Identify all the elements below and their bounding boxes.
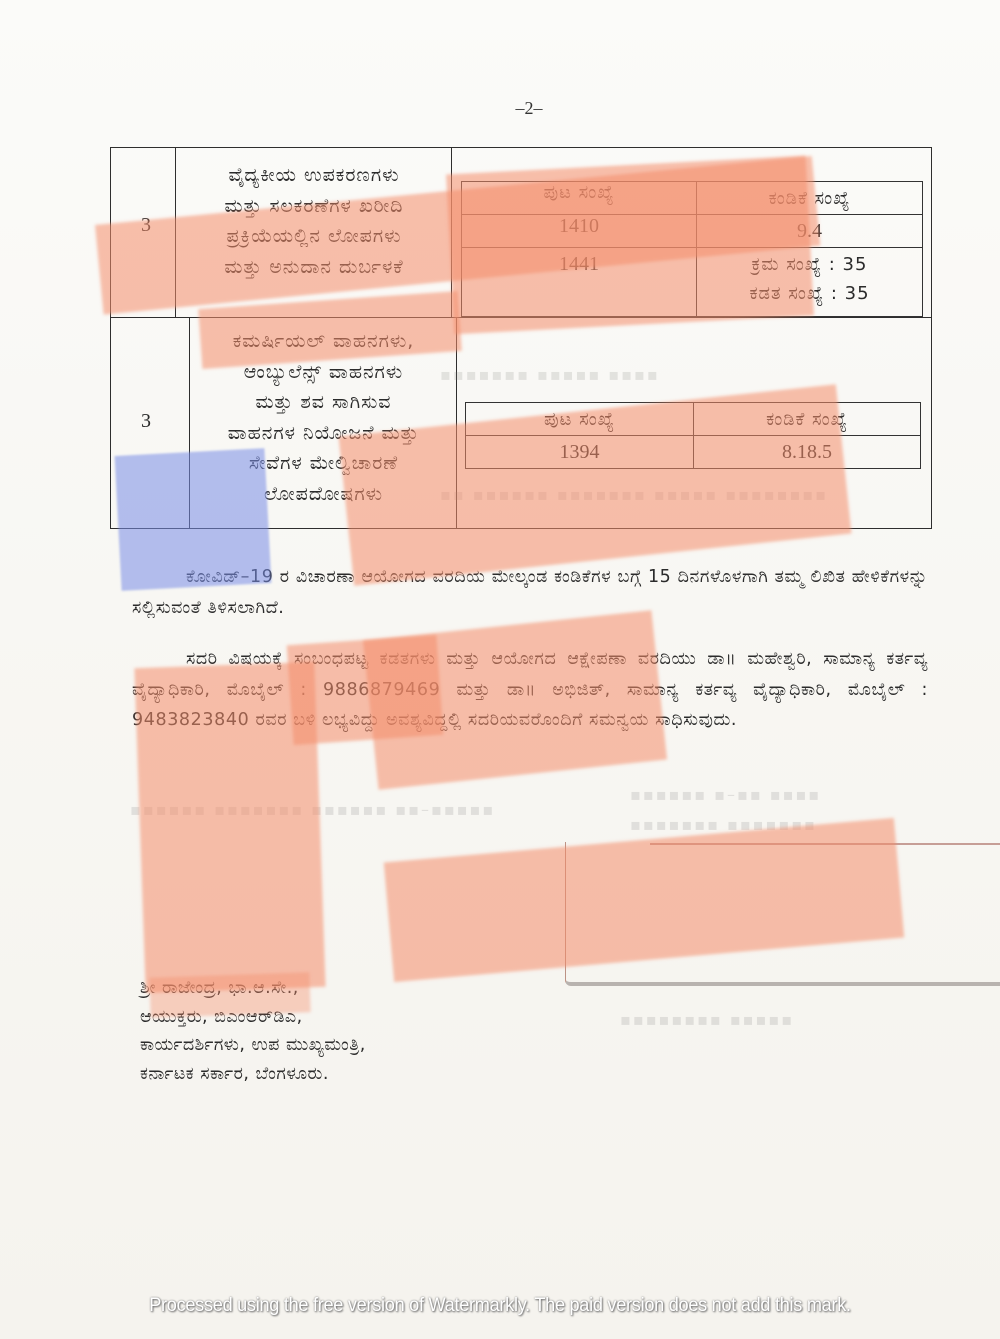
header-paragraph-number: ಕಂಡಿಕೆ ಸಂಖ್ಯೆ <box>694 403 921 436</box>
contact-paragraph: ಸದರಿ ವಿಷಯಕ್ಕೆ ಸಂಬಂಧಪಟ್ಟ ಕಡತಗಳು ಮತ್ತು ಆಯೋ… <box>132 644 928 736</box>
bleed-through-text: ▪▪▪▪▪▪ ▪–▪▪ ▪▪▪▪ <box>630 785 821 804</box>
subject-line: ಮತ್ತು ಅನುದಾನ ದುರ್ಬಳಕೆ <box>177 252 451 283</box>
bleed-through-text: ▪▪▪▪▪▪▪▪ ▪▪▪▪▪ <box>620 1010 794 1029</box>
paragraph-cell: 8.18.5 <box>694 436 921 469</box>
subject-line: ಆಂಬ್ಯುಲೆನ್ಸ್ ವಾಹನಗಳು <box>191 357 456 388</box>
column-divider <box>451 148 452 317</box>
statement-request-paragraph: ಕೋವಿಡ್–19 ರ ವಿಚಾರಣಾ ಆಯೋಗದ ವರದಿಯ ಮೇಲ್ಕಂಡ … <box>132 562 928 623</box>
bleed-through-text: ▪▪▪▪▪▪▪ ▪▪▪▪▪▪▪ <box>630 815 817 834</box>
bleed-through-text: ▪▪ ▪▪▪▪▪▪ ▪▪▪▪▪▪▪ ▪▪▪▪▪ ▪▪▪▪▪▪▪▪ <box>440 485 828 504</box>
reference-table: ಪುಟ ಸಂಖ್ಯೆ ಕಂಡಿಕೆ ಸಂಖ್ಯೆ 1410 9.4 1441 ಕ… <box>461 181 923 317</box>
serial-number: 3 <box>111 410 181 433</box>
paragraph-cell: ಕ್ರಮ ಸಂಖ್ಯೆ : 35 ಕಡತ ಸಂಖ್ಯೆ : 35 <box>697 248 923 317</box>
addressee-block: ಶ್ರೀ ರಾಜೇಂದ್ರ, ಭಾ.ಆ.ಸೇ., ಆಯುಕ್ತರು, ಬಿಎಂಆ… <box>140 974 366 1088</box>
column-divider <box>189 318 190 528</box>
reference-row: 1410 9.4 <box>462 215 923 248</box>
bleed-through-text: ▪▪▪▪▪▪ ▪▪▪▪▪▪▪ ▪▪▪▪▪▪ ▪▪–▪▪▪▪▪ <box>130 800 495 819</box>
addressee-line: ಕಾರ್ಯದರ್ಶಿಗಳು, ಉಪ ಮುಖ್ಯಮಂತ್ರಿ, <box>140 1031 366 1060</box>
subject-line: ಮತ್ತು ಶವ ಸಾಗಿಸುವ <box>191 387 456 418</box>
subject-line: ಕಮರ್ಷಿಯಲ್ ವಾಹನಗಳು, <box>191 326 456 357</box>
page-cell: 1410 <box>462 215 697 248</box>
addressee-line: ಆಯುಕ್ತರು, ಬಿಎಂಆರ್‌ಡಿಎ, <box>140 1003 366 1032</box>
commission-findings-table: 3 ವೈದ್ಯಕೀಯ ಉಪಕರಣಗಳು ಮತ್ತು ಸಲಕರಣೆಗಳ ಖರೀದಿ… <box>110 147 932 529</box>
page-cell: 1394 <box>466 436 694 469</box>
subject-cell: ವೈದ್ಯಕೀಯ ಉಪಕರಣಗಳು ಮತ್ತು ಸಲಕರಣೆಗಳ ಖರೀದಿ ಪ… <box>177 160 451 282</box>
serial-number: 3 <box>111 214 181 237</box>
bleed-through-text: ▪▪▪▪▪▪▪ ▪▪▪▪▪ ▪▪▪▪ <box>440 365 660 384</box>
paper-fold-crease <box>650 843 1000 845</box>
subject-line: ಸೇವೆಗಳ ಮೇಲ್ವಿಚಾರಣೆ <box>191 448 456 479</box>
subject-line: ಪ್ರಕ್ರಿಯೆಯಲ್ಲಿನ ಲೋಪಗಳು <box>177 221 451 252</box>
header-page-number: ಪುಟ ಸಂಖ್ಯೆ <box>466 403 694 436</box>
paragraph-cell: 9.4 <box>697 215 923 248</box>
subject-line: ವಾಹನಗಳ ನಿಯೋಜನೆ ಮತ್ತು <box>191 418 456 449</box>
file-ref: ಕಡತ ಸಂಖ್ಯೆ : 35 <box>697 279 922 308</box>
reference-row: 1441 ಕ್ರಮ ಸಂಖ್ಯೆ : 35 ಕಡತ ಸಂಖ್ಯೆ : 35 <box>462 248 923 317</box>
subject-line: ಲೋಪದೋಷಗಳು <box>191 479 456 510</box>
subject-cell: ಕಮರ್ಷಿಯಲ್ ವಾಹನಗಳು, ಆಂಬ್ಯುಲೆನ್ಸ್ ವಾಹನಗಳು … <box>191 326 456 509</box>
paper-fold-edge <box>565 842 1000 986</box>
addressee-line: ಕರ್ನಾಟಕ ಸರ್ಕಾರ, ಬೆಂಗಳೂರು. <box>140 1060 366 1089</box>
page-cell: 1441 <box>462 248 697 317</box>
serial-ref: ಕ್ರಮ ಸಂಖ್ಯೆ : 35 <box>697 250 922 279</box>
reference-table: ಪುಟ ಸಂಖ್ಯೆ ಕಂಡಿಕೆ ಸಂಖ್ಯೆ 1394 8.18.5 <box>465 402 921 469</box>
table-row: 3 ವೈದ್ಯಕೀಯ ಉಪಕರಣಗಳು ಮತ್ತು ಸಲಕರಣೆಗಳ ಖರೀದಿ… <box>111 148 931 318</box>
header-page-number: ಪುಟ ಸಂಖ್ಯೆ <box>462 182 697 215</box>
header-paragraph-number: ಕಂಡಿಕೆ ಸಂಖ್ಯೆ <box>697 182 923 215</box>
reference-row: 1394 8.18.5 <box>466 436 921 469</box>
watermark-text: Processed using the free version of Wate… <box>35 1294 965 1317</box>
addressee-line: ಶ್ರೀ ರಾಜೇಂದ್ರ, ಭಾ.ಆ.ಸೇ., <box>140 974 366 1003</box>
subject-line: ಮತ್ತು ಸಲಕರಣೆಗಳ ಖರೀದಿ <box>177 191 451 222</box>
subject-line: ವೈದ್ಯಕೀಯ ಉಪಕರಣಗಳು <box>177 160 451 191</box>
page-number: –2– <box>0 98 1000 119</box>
